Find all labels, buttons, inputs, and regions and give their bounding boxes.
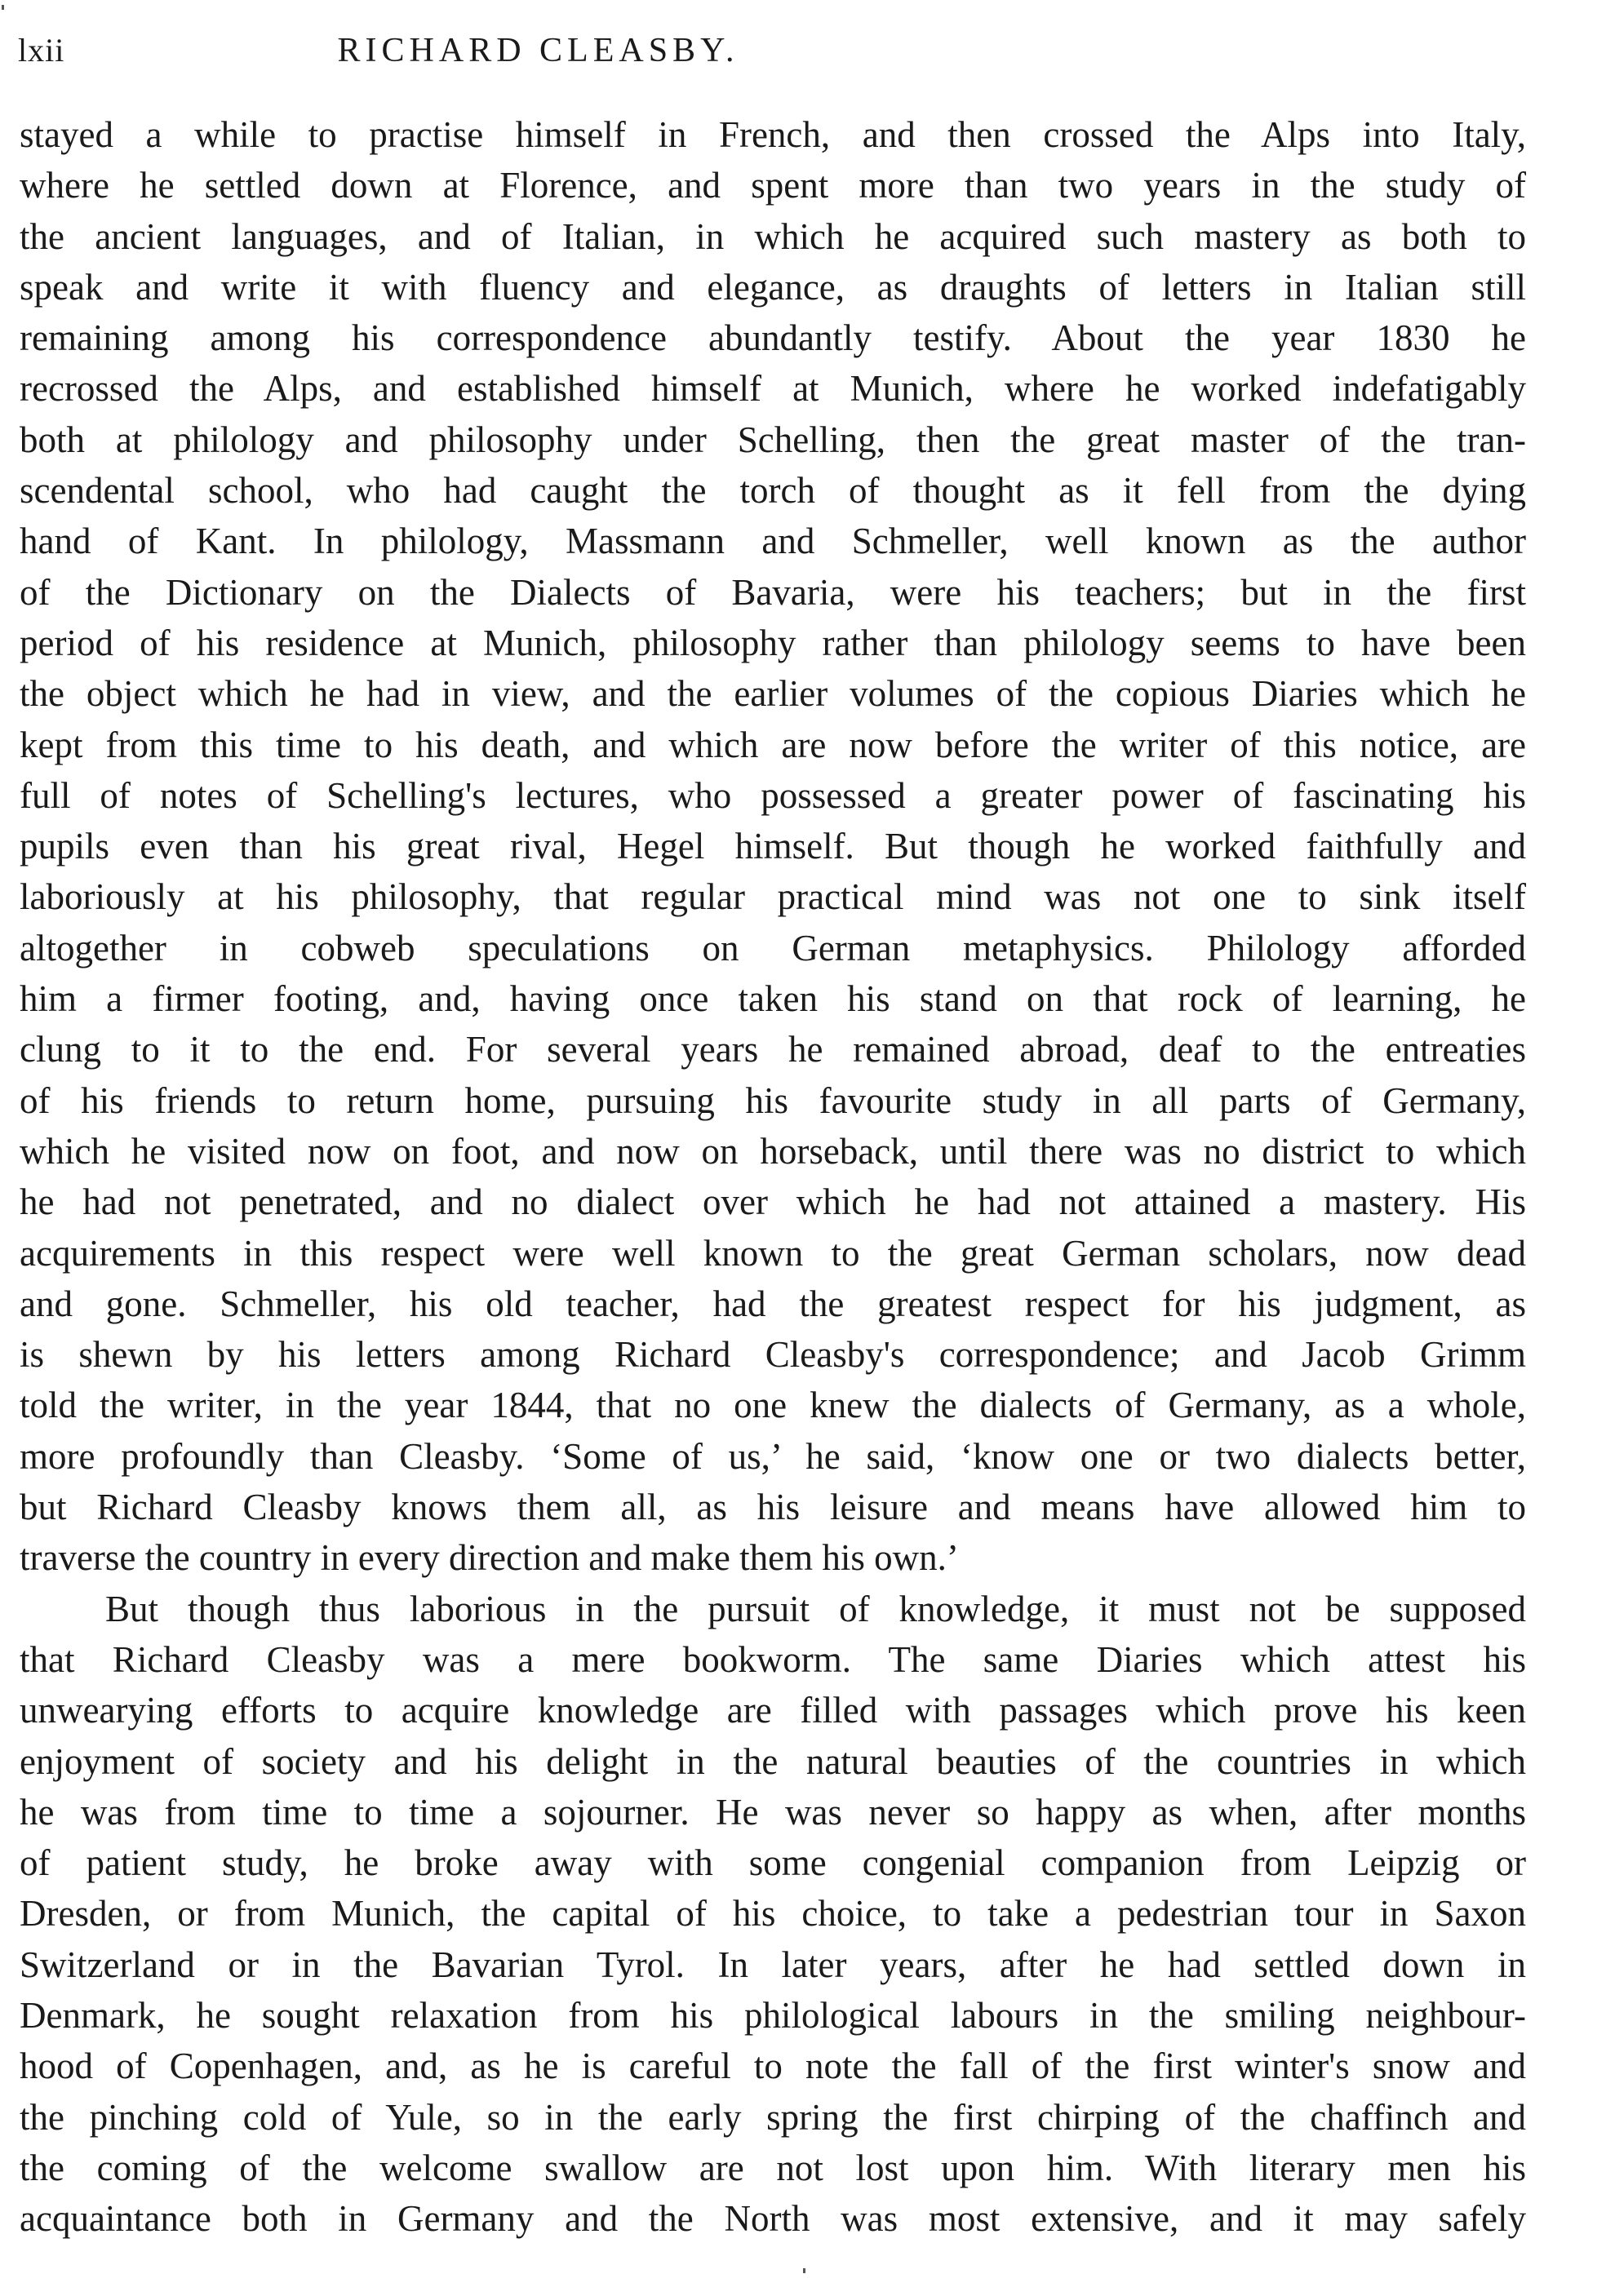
text-line: Switzerland or in the Bavarian Tyrol. In… <box>20 1939 1526 1990</box>
text-line: acquirements in this respect were well k… <box>20 1228 1526 1279</box>
text-line: but Richard Cleasby knows them all, as h… <box>20 1482 1526 1532</box>
text-line: Denmark, he sought relaxation from his p… <box>20 1990 1526 2041</box>
text-line: altogether in cobweb speculations on Ger… <box>20 923 1526 973</box>
text-line: told the writer, in the year 1844, that … <box>20 1380 1526 1430</box>
text-line: scendental school, who had caught the to… <box>20 465 1526 516</box>
text-line: he had not penetrated, and no dialect ov… <box>20 1177 1526 1227</box>
body-text: stayed a while to practise himself in Fr… <box>20 109 1526 2244</box>
text-line: is shewn by his letters among Richard Cl… <box>20 1329 1526 1380</box>
paragraph-2: But though thus laborious in the pursuit… <box>20 1584 1526 2245</box>
text-line: where he settled down at Florence, and s… <box>20 160 1526 211</box>
text-line: the coming of the welcome swallow are no… <box>20 2143 1526 2193</box>
text-line: Dresden, or from Munich, the capital of … <box>20 1888 1526 1939</box>
text-line: of his friends to return home, pursuing … <box>20 1075 1526 1126</box>
text-line: the pinching cold of Yule, so in the ear… <box>20 2092 1526 2143</box>
running-title: RICHARD CLEASBY. <box>0 31 1346 70</box>
text-line: pupils even than his great rival, Hegel … <box>20 821 1526 871</box>
text-line: speak and write it with fluency and eleg… <box>20 262 1526 312</box>
text-line: unwearying efforts to acquire knowledge … <box>20 1685 1526 1735</box>
text-line: hand of Kant. In philology, Massmann and… <box>20 516 1526 566</box>
text-line: enjoyment of society and his delight in … <box>20 1736 1526 1787</box>
text-line: acquaintance both in Germany and the Nor… <box>20 2193 1526 2244</box>
text-line: kept from this time to his death, and wh… <box>20 720 1526 770</box>
text-line: clung to it to the end. For several year… <box>20 1024 1526 1075</box>
text-line: of the Dictionary on the Dialects of Bav… <box>20 567 1526 618</box>
text-line: which he visited now on foot, and now on… <box>20 1126 1526 1177</box>
scan-speck <box>803 2268 805 2273</box>
text-line: the object which he had in view, and the… <box>20 668 1526 719</box>
text-line: more profoundly than Cleasby. ‘Some of u… <box>20 1431 1526 1482</box>
text-line: recrossed the Alps, and established hims… <box>20 363 1526 414</box>
text-line: full of notes of Schelling's lectures, w… <box>20 770 1526 821</box>
text-line: laboriously at his philosophy, that regu… <box>20 871 1526 922</box>
text-line: both at philology and philosophy under S… <box>20 414 1526 465</box>
scan-speck <box>2 5 4 10</box>
text-line: period of his residence at Munich, philo… <box>20 618 1526 668</box>
text-line: that Richard Cleasby was a mere bookworm… <box>20 1634 1526 1685</box>
text-line: and gone. Schmeller, his old teacher, ha… <box>20 1279 1526 1329</box>
page-header: lxii RICHARD CLEASBY. <box>0 26 1615 75</box>
text-line: hood of Copenhagen, and, as he is carefu… <box>20 2041 1526 2091</box>
text-line: the ancient languages, and of Italian, i… <box>20 211 1526 262</box>
text-line: him a firmer footing, and, having once t… <box>20 973 1526 1024</box>
book-page: lxii RICHARD CLEASBY. stayed a while to … <box>0 0 1615 2296</box>
text-line: remaining among his correspondence abund… <box>20 312 1526 363</box>
text-line: stayed a while to practise himself in Fr… <box>20 109 1526 160</box>
text-line: traverse the country in every direction … <box>20 1532 1526 1583</box>
paragraph-1: stayed a while to practise himself in Fr… <box>20 109 1526 1584</box>
text-line: he was from time to time a sojourner. He… <box>20 1787 1526 1837</box>
text-line: of patient study, he broke away with som… <box>20 1837 1526 1888</box>
text-line: But though thus laborious in the pursuit… <box>20 1584 1526 1634</box>
